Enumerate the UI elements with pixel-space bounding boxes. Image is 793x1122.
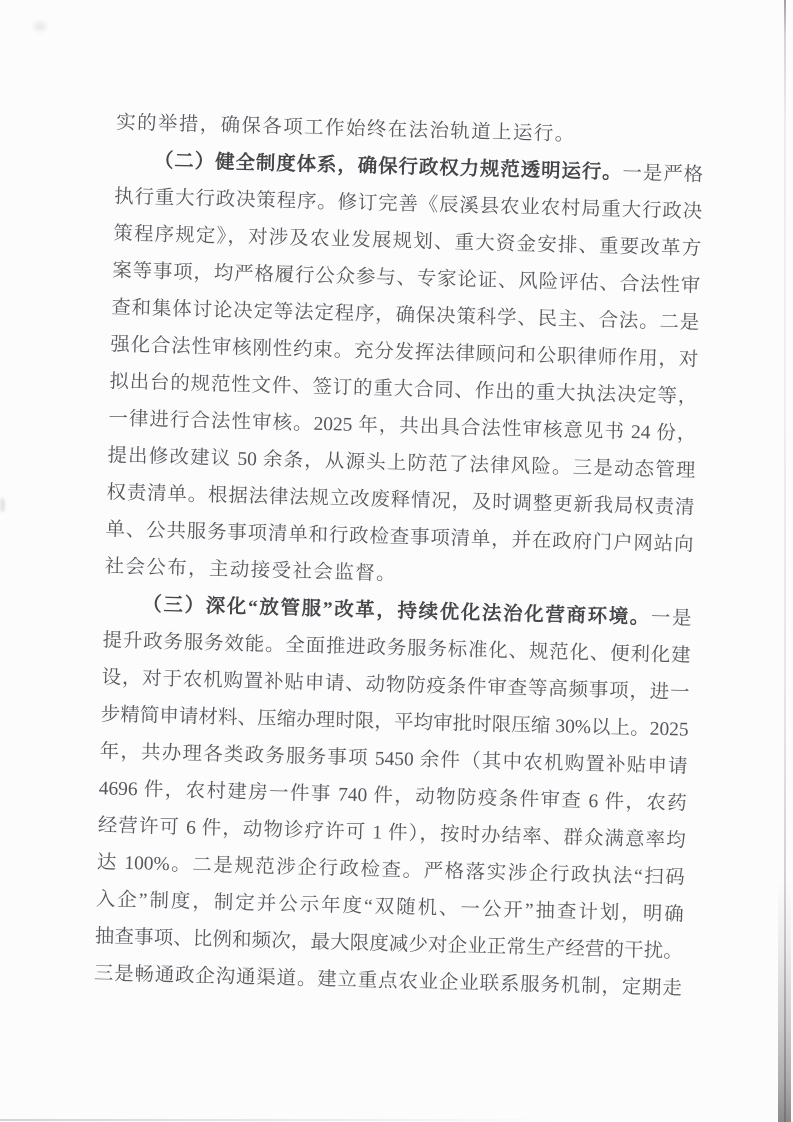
document-body: 实的举措，确保各项工作始终在法治轨道上运行。（二）健全制度体系，确保行政权力规范… (93, 104, 704, 1007)
scan-shadow-strip (778, 880, 791, 1122)
body-text: 一是严格 (622, 163, 703, 186)
body-text: 社会公布，主动接受社会监督。 (104, 556, 397, 585)
scan-smudge-top-left (34, 22, 46, 31)
section-heading-bold: （二）健全制度体系，确保行政权力规范透明运行。 (154, 150, 623, 183)
scan-smudge-left-edge (0, 498, 5, 512)
body-text: 一是 (651, 608, 692, 630)
body-text: 实的举措，确保各项工作始终在法治轨道上运行。 (116, 112, 576, 145)
body-text: 三是畅通政企沟通渠道。建立重点农业企业联系服务机制，定期走 (94, 963, 682, 999)
scan-bottom-edge-line (0, 1119, 560, 1121)
section-heading-bold: （三）深化“放管服”改革，持续优化法治化营商环境。 (142, 594, 651, 628)
scanned-document-page: 实的举措，确保各项工作始终在法治轨道上运行。（二）健全制度体系，确保行政权力规范… (0, 0, 793, 1122)
